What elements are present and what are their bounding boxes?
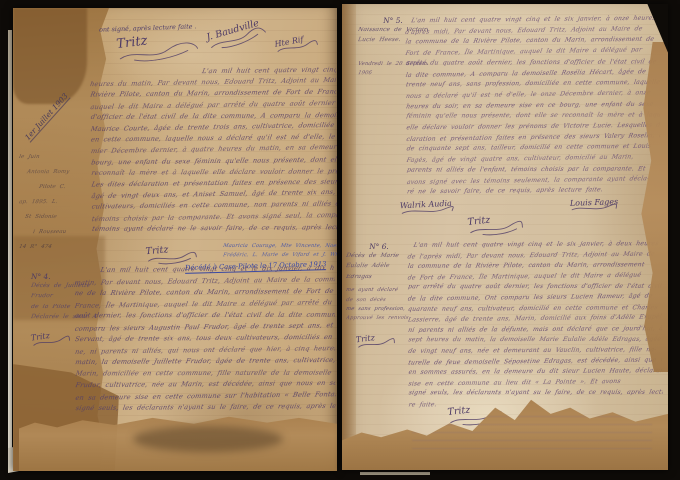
act-1-body: L'an mil huit cent quatre vingt cinq et … [405,14,661,199]
manuscript-line: matin, la demoiselle Juillette Frudor, â… [74,355,335,369]
signature-witness-left: Walrik Audia [400,199,455,218]
manuscript-line: me ayant déclaré [346,286,412,295]
tape-stain-topleft [13,8,87,104]
margin-note-lines: Décès de MarieEulalie AdèleEdragas [346,251,412,282]
signature-officer-center: Tritz [467,211,525,238]
manuscript-line: Décès de Marie [346,251,412,261]
signature-witness-top-2: Hte Rif [274,32,320,55]
page-edge-highlight [8,30,12,471]
margin-note-mention: me ayant déclaréde son décèsme sans prof… [346,286,412,324]
manuscript-line: Antonia Romy [25,165,91,180]
register-scan: ont signé, après lecture faite . Tritz J… [0,0,680,480]
right-page: N° 5. Naissance de VictoireLucie Heese. … [342,4,668,470]
manuscript-line: Pilote C. [37,180,91,195]
left-page: ont signé, après lecture faite . Tritz J… [13,8,337,471]
tape-smudge [133,426,283,452]
signature-witness-right: Louis Fages [570,197,619,214]
act-2-body: L'an mil huit cent quatre vingt cinq et … [74,263,335,415]
manuscript-line: témoins ayant déclaré ne le savoir faire… [91,222,337,235]
signature-officer-top: Tritz [116,27,203,65]
manuscript-line: Approuvé les renvois [346,314,412,324]
signature-name: Louis Fages [570,197,619,208]
manuscript-line: ré ne le savoir faire, de ce requis, apr… [406,185,661,198]
signature-officer-mid: Tritz [145,242,199,266]
tape-ink-fragments: le JuinAntonia RomyPilote C.ap. 1895. L.… [19,150,91,255]
margin-note-6: N° 6. Décès de MarieEulalie AdèleEdragas… [346,242,412,348]
manuscript-line: ap. 1895. L. [19,195,91,210]
signature-witness-top-1: J. Baudville [205,16,268,53]
manuscript-line: i Rousseau [31,225,91,240]
act-number: N° 6. [346,242,412,251]
manuscript-line: Eulalie Adèle [346,261,412,272]
manuscript-line: le Juin [19,150,91,165]
manuscript-line: signé seuls, les déclarants n'ayant su l… [74,401,335,415]
blue-mention-names: Mauricia Courage, Mte Vincente, NoelFréd… [223,242,337,261]
act-2-body: L'an mil huit cent quatre vingt cinq et … [407,239,662,410]
bottom-paper-sliver [360,472,430,475]
manuscript-line: St Sidonie [23,210,91,225]
manuscript-line: de son décès [346,295,412,305]
act-1-body: L'an mil huit cent quatre vingt cinq et … [90,65,337,236]
signature-officer-margin: Tritz [355,328,413,351]
manuscript-line: 14 R° 474 [19,240,91,255]
gutter-tape [342,4,356,470]
manuscript-line: Edragas [346,272,412,282]
